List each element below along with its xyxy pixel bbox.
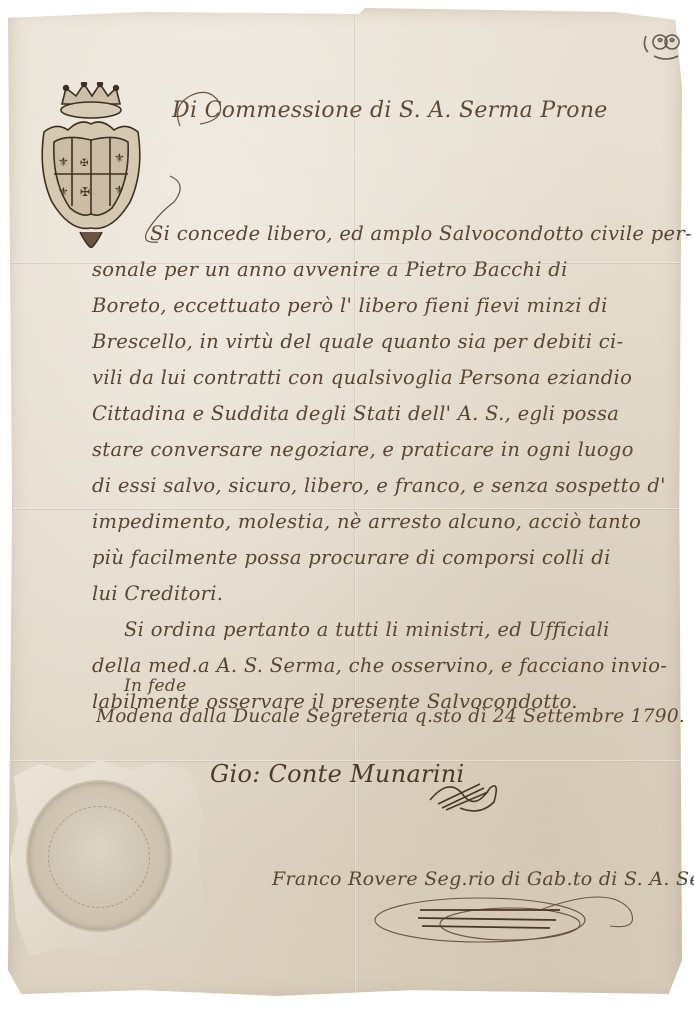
svg-text:⚜: ⚜ [114,151,125,165]
body-line: di essi salvo, sicuro, libero, e franco,… [92,474,666,497]
body-line: Brescello, in virtù del quale quanto sia… [92,330,623,353]
body-line: Si ordina pertanto a tutti li ministri, … [124,618,610,641]
place-date: Modena dalla Ducale Segreteria q.sto dì … [96,706,685,727]
body-line: Cittadina e Suddita degli Stati dell' A.… [92,402,619,425]
body-line: Boreto, eccettuato però l' libero fieni … [92,294,608,317]
seal-inner-ring [48,806,150,908]
body-line: vili da lui contratti con qualsivoglia P… [92,366,632,389]
signature-rovere: Franco Rovere Seg.rio di Gab.to di S. A.… [272,868,694,890]
body-line: della med.a A. S. Serma, che osservino, … [92,654,667,677]
paraph-flourish-icon [360,890,660,960]
flourish-icon [170,86,240,136]
corner-stamp-icon [640,22,686,68]
svg-text:⚜: ⚜ [58,185,69,199]
body-line: impedimento, molestia, nè arresto alcuno… [92,510,641,533]
body-line: più facilmente possa procurare di compor… [92,546,611,569]
body-line: lui Creditori. [92,582,223,605]
fold-line [354,8,356,1000]
body-line: Si concede libero, ed amplo Salvocondott… [150,222,692,245]
svg-text:⚜: ⚜ [58,155,69,169]
body-line: stare conversare negoziare, e praticare … [92,438,634,461]
scribble-mark-icon [420,770,510,820]
in-fede: In fede [124,676,186,696]
svg-text:✠: ✠ [80,158,88,169]
svg-text:✠: ✠ [80,185,90,199]
body-line: sonale per un anno avvenire a Pietro Bac… [92,258,568,281]
